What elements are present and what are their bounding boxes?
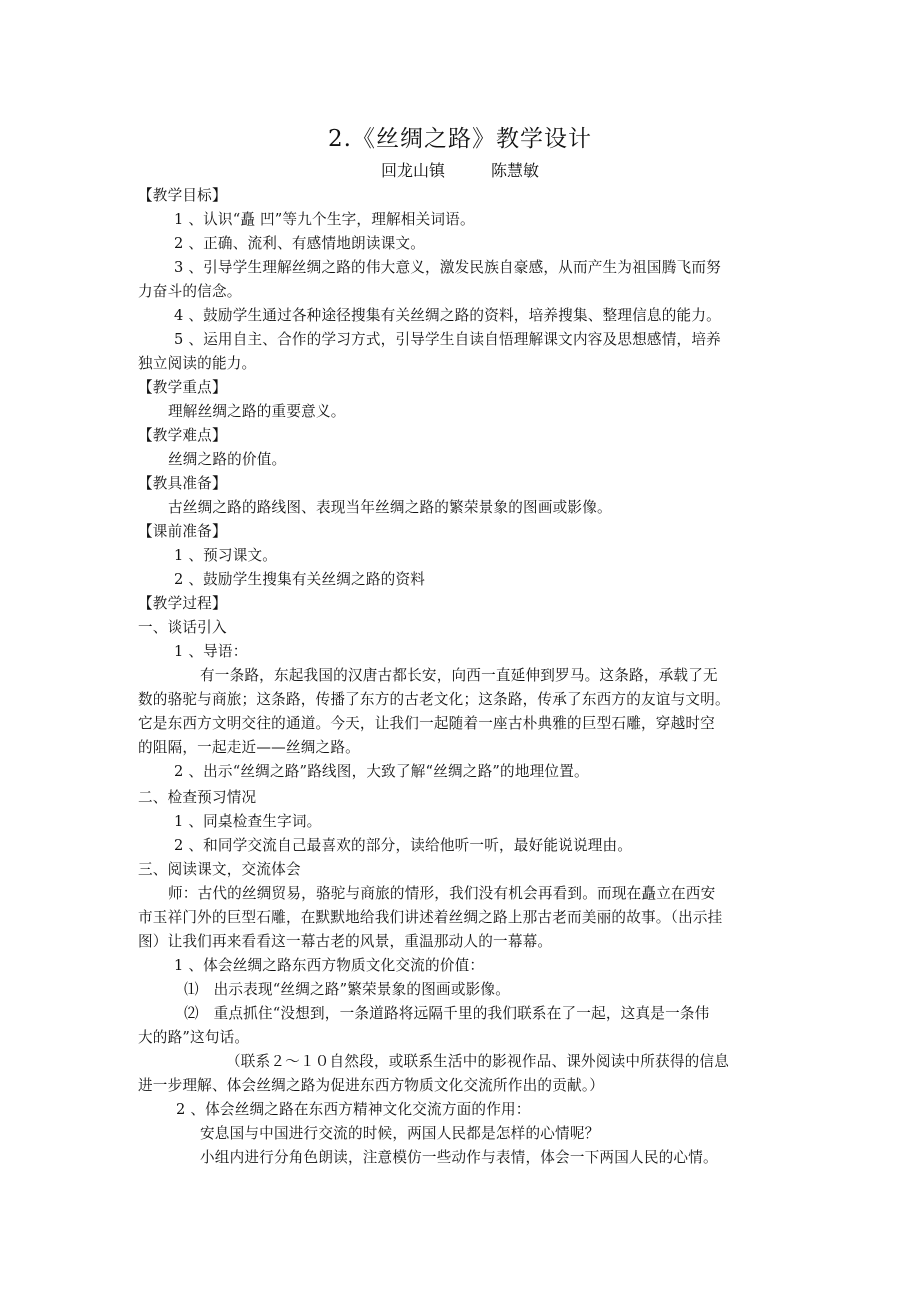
part3-step1: 1 、体会丝绸之路东西方物质文化交流的价值： bbox=[138, 956, 820, 976]
section-heading-difficulties: 【教学难点】 bbox=[138, 426, 784, 446]
goal-item-4: 4 、鼓励学生通过各种途径搜集有关丝绸之路的资料，培养搜集、整理信息的能力。 bbox=[138, 306, 820, 326]
goal-item-3-cont: 力奋斗的信念。 bbox=[138, 282, 784, 302]
author-line: 回龙山镇陈慧敏 bbox=[0, 160, 920, 182]
teacher-line-3: 图）让我们再来看看这一幕古老的风景，重温那动人的一幕幕。 bbox=[138, 932, 784, 952]
teacher-line-1: 师：古代的丝绸贸易，骆驼与商旅的情形，我们没有机会再看到。而现在矗立在西安 bbox=[138, 884, 814, 904]
part1-step2: 2 、出示“丝绸之路”路线图，大致了解“丝绸之路”的地理位置。 bbox=[138, 762, 820, 782]
section-heading-preparation: 【课前准备】 bbox=[138, 522, 784, 542]
author-name: 陈慧敏 bbox=[491, 160, 539, 182]
preparation-item-2: 2 、鼓励学生搜集有关丝绸之路的资料 bbox=[138, 570, 820, 590]
author-location: 回龙山镇 bbox=[381, 160, 445, 182]
section-heading-materials: 【教具准备】 bbox=[138, 474, 784, 494]
part3-sub2-line-2: 大的路”这句话。 bbox=[138, 1028, 784, 1048]
intro-line-1: 有一条路，东起我国的汉唐古都长安，向西一直延伸到罗马。这条路，承载了无 bbox=[138, 666, 846, 686]
step2-line-2: 小组内进行分角色朗读，注意模仿一些动作与表情，体会一下两国人民的心情。 bbox=[138, 1148, 846, 1168]
part2-step1: 1 、同桌检查生字词。 bbox=[138, 812, 820, 832]
part3-sub2-line-1: ⑵ 重点抓住“没想到，一条道路将远隔千里的我们联系在了一起，这真是一条伟 bbox=[138, 1004, 830, 1024]
part1-heading: 一、谈话引入 bbox=[138, 618, 784, 638]
part2-step2: 2 、和同学交流自己最喜欢的部分，读给他听一听，最好能说说理由。 bbox=[138, 836, 820, 856]
preparation-item-1: 1 、预习课文。 bbox=[138, 546, 820, 566]
goal-item-3: 3 、引导学生理解丝绸之路的伟大意义，激发民族自豪感，从而产生为祖国腾飞而努 bbox=[138, 258, 820, 278]
intro-line-3: 它是东西方文明交往的通道。今天，让我们一起随着一座古朴典雅的巨型石雕，穿越时空 bbox=[138, 714, 784, 734]
goal-item-5-cont: 独立阅读的能力。 bbox=[138, 354, 784, 374]
goal-item-1: 1 、认识“矗 凹”等九个生字，理解相关词语。 bbox=[138, 210, 820, 230]
part1-step1: 1 、导语： bbox=[138, 642, 820, 662]
section-heading-goals: 【教学目标】 bbox=[138, 186, 784, 206]
document-title: 2.《丝绸之路》教学设计 bbox=[0, 125, 920, 153]
section-heading-key-points: 【教学重点】 bbox=[138, 378, 784, 398]
materials-text: 古丝绸之路的路线图、表现当年丝绸之路的繁荣景象的图画或影像。 bbox=[138, 498, 814, 518]
difficulties-text: 丝绸之路的价值。 bbox=[138, 450, 814, 470]
step2-line-1: 安息国与中国进行交流的时候，两国人民都是怎样的心情呢？ bbox=[138, 1124, 846, 1144]
section-heading-process: 【教学过程】 bbox=[138, 594, 784, 614]
goal-item-5: 5 、运用自主、合作的学习方式，引导学生自读自悟理解课文内容及思想感情，培养 bbox=[138, 330, 820, 350]
part3-heading: 三、阅读课文，交流体会 bbox=[138, 860, 784, 880]
intro-line-2: 数的骆驼与商旅；这条路，传播了东方的古老文化；这条路，传承了东西方的友谊与文明。 bbox=[138, 690, 784, 710]
part2-heading: 二、检查预习情况 bbox=[138, 788, 784, 808]
part3-step2: 2 、体会丝绸之路在东西方精神文化交流方面的作用： bbox=[138, 1100, 822, 1120]
part3-sub1: ⑴ 出示表现“丝绸之路”繁荣景象的图画或影像。 bbox=[138, 980, 830, 1000]
teacher-line-2: 市玉祥门外的巨型石雕，在默默地给我们讲述着丝绸之路上那古老而美丽的故事。（出示挂 bbox=[138, 908, 784, 928]
note-line-2: 进一步理解、体会丝绸之路为促进东西方物质文化交流所作出的贡献。） bbox=[138, 1076, 784, 1096]
goal-item-2: 2 、正确、流利、有感情地朗读课文。 bbox=[138, 234, 820, 254]
document-page: 2.《丝绸之路》教学设计 回龙山镇陈慧敏 【教学目标】 1 、认识“矗 凹”等九… bbox=[0, 0, 920, 1302]
intro-line-4: 的阻隔，一起走近——丝绸之路。 bbox=[138, 738, 784, 758]
note-line-1: （联系２～１０自然段，或联系生活中的影视作品、课外阅读中所获得的信息 bbox=[138, 1052, 872, 1072]
key-points-text: 理解丝绸之路的重要意义。 bbox=[138, 402, 814, 422]
